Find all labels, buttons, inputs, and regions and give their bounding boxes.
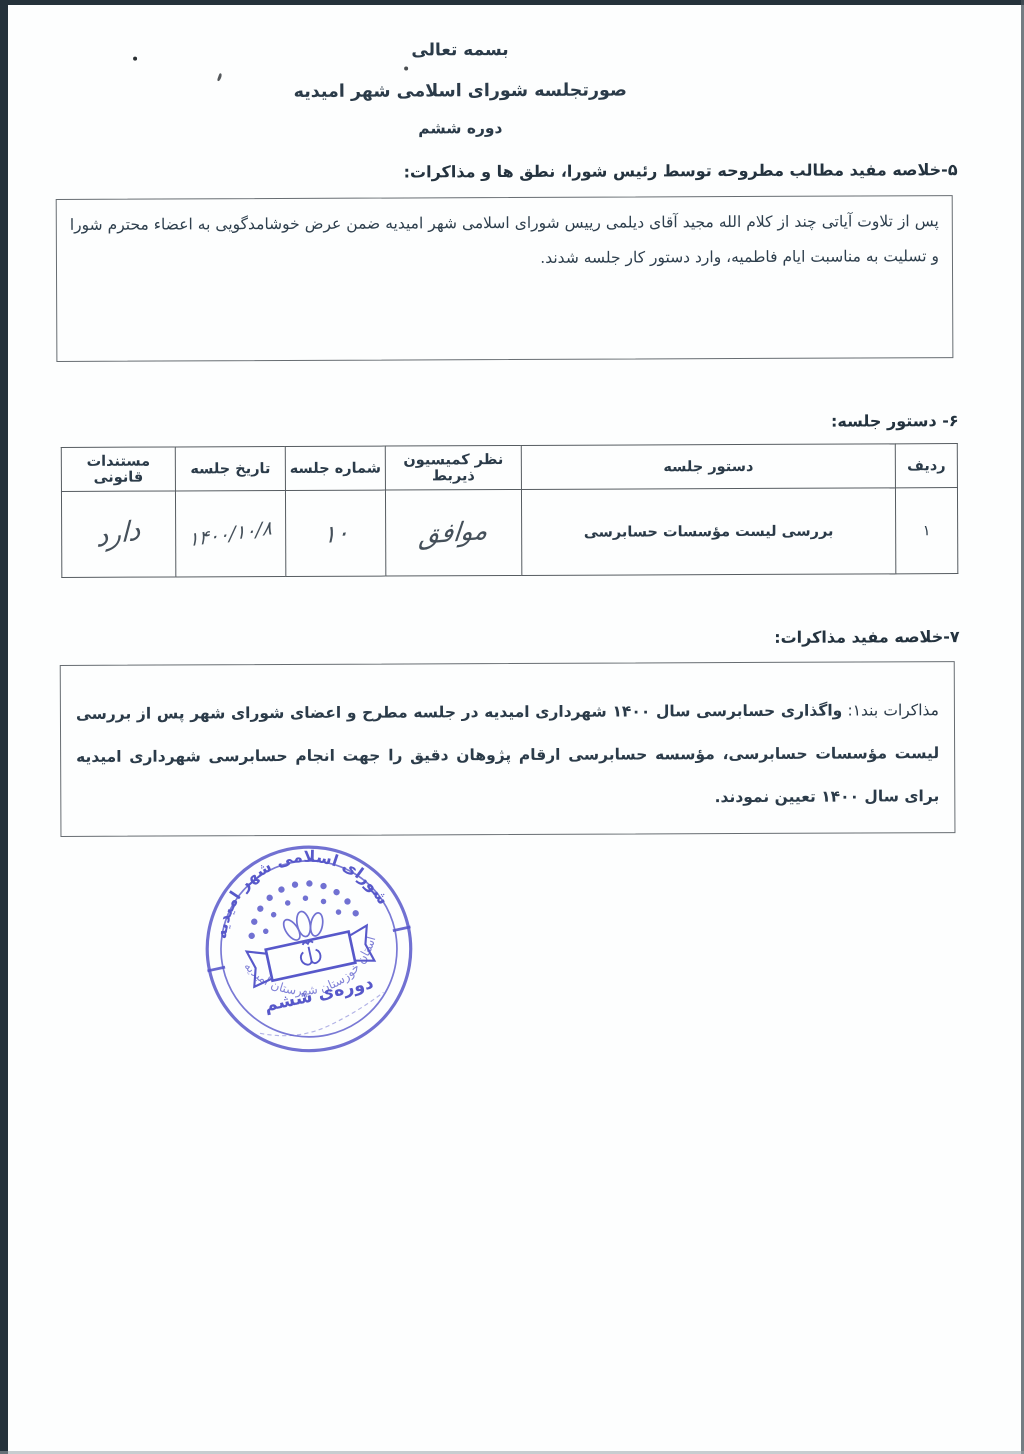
- stamp-graphic: شورای اسلامی شهر امیدیه استان خوزستان شه…: [183, 823, 435, 1075]
- handwritten-approval: موافق: [418, 515, 490, 550]
- scanned-page: بسمه تعالی صورتجلسه شورای اسلامی شهر امی…: [0, 0, 1024, 1454]
- official-council-stamp: شورای اسلامی شهر امیدیه استان خوزستان شه…: [183, 823, 435, 1075]
- section5-body: پس از تلاوت آیاتی چند از کلام الله مجید …: [57, 196, 952, 278]
- cell-mostanadat: دارد: [61, 491, 175, 577]
- section7-box: مذاکرات بند۱: واگذاری حسابرسی سال ۱۴۰۰ ش…: [60, 661, 956, 837]
- council-term: دوره ششم: [0, 117, 972, 139]
- col-header-mostanadat: مستندات قانونی: [61, 447, 175, 491]
- handwritten-has-docs: دارد: [96, 514, 141, 554]
- cell-shomare: ۱۰: [285, 490, 385, 576]
- section7-lead: مذاکرات بند۱:: [847, 701, 939, 719]
- cell-nazar: موافق: [385, 489, 521, 576]
- col-header-nazar: نظر کمیسیون ذیربط: [385, 445, 521, 490]
- col-header-shomare: شماره جلسه: [285, 446, 385, 490]
- cell-tarikh: ۱۴۰۰/۱۰/۸: [175, 490, 285, 576]
- cell-radif: ۱: [895, 488, 957, 574]
- bismillah-text: بسمه تعالی: [0, 38, 972, 62]
- agenda-header-row: ردیف دستور جلسه نظر کمیسیون ذیربط شماره …: [61, 444, 957, 492]
- section5-heading: ۵-خلاصه مفید مطالب مطروحه توسط رئیس شورا…: [404, 160, 958, 181]
- section7-body: مذاکرات بند۱: واگذاری حسابرسی سال ۱۴۰۰ ش…: [61, 662, 955, 822]
- handwritten-session-number: ۱۰: [323, 518, 349, 549]
- scan-edge-left: [0, 0, 8, 1454]
- document-header: بسمه تعالی صورتجلسه شورای اسلامی شهر امی…: [0, 38, 972, 139]
- col-header-tarikh: تاریخ جلسه: [175, 446, 285, 490]
- scan-edge-top: [0, 0, 1024, 5]
- handwritten-date: ۱۴۰۰/۱۰/۸: [189, 517, 272, 551]
- section5-box: پس از تلاوت آیاتی چند از کلام الله مجید …: [56, 195, 954, 362]
- cell-dastur: بررسی لیست مؤسسات حسابرسی: [521, 488, 895, 576]
- col-header-radif: ردیف: [895, 444, 957, 488]
- section6-heading: ۶- دستور جلسه:: [831, 411, 959, 431]
- section7-resolution-text: واگذاری حسابرسی سال ۱۴۰۰ شهرداری امیدیه …: [76, 702, 939, 807]
- table-row: ۱ بررسی لیست مؤسسات حسابرسی موافق ۱۰ ۱۴۰…: [61, 488, 957, 578]
- page-content: بسمه تعالی صورتجلسه شورای اسلامی شهر امی…: [0, 0, 1024, 1454]
- section7-heading: ۷-خلاصه مفید مذاکرات:: [774, 627, 960, 647]
- agenda-table: ردیف دستور جلسه نظر کمیسیون ذیربط شماره …: [61, 443, 959, 578]
- col-header-dastur: دستور جلسه: [521, 444, 895, 490]
- document-title: صورتجلسه شورای اسلامی شهر امیدیه: [0, 79, 972, 103]
